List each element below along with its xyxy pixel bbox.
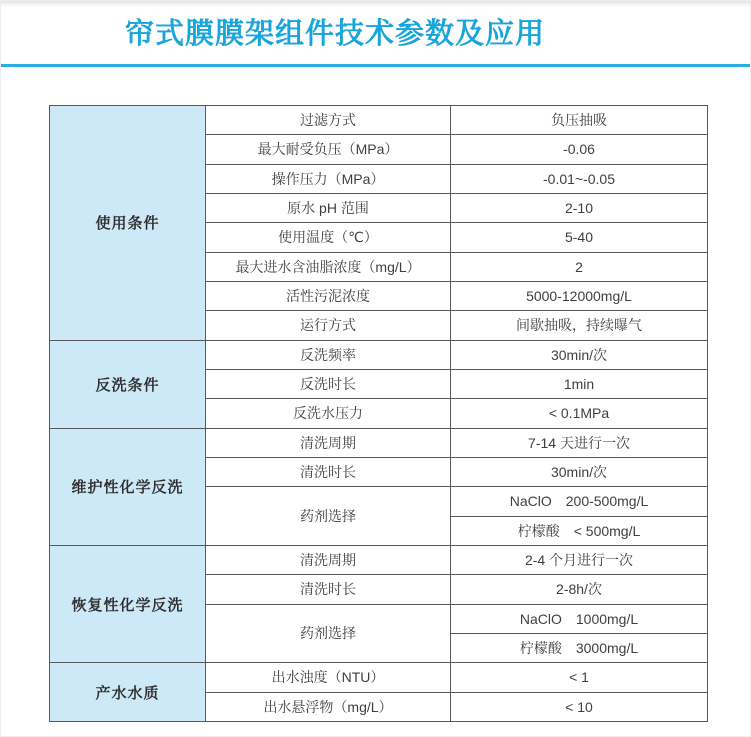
parameter-cell: 出水悬浮物（mg/L） (206, 692, 451, 721)
value-cell: NaClO 200-500mg/L (451, 487, 708, 516)
value-cell: 5-40 (451, 223, 708, 252)
value-cell: NaClO 1000mg/L (451, 604, 708, 633)
value-cell: 柠檬酸 < 500mg/L (451, 516, 708, 545)
title-underline (0, 64, 751, 67)
page-title: 帘式膜膜架组件技术参数及应用 (125, 17, 545, 51)
category-cell: 使用条件 (50, 106, 206, 341)
parameter-cell: 活性污泥浓度 (206, 281, 451, 310)
parameter-cell: 过滤方式 (206, 106, 451, 135)
value-cell: 30min/次 (451, 457, 708, 486)
value-cell: 2-10 (451, 193, 708, 222)
parameter-cell: 出水浊度（NTU） (206, 663, 451, 692)
category-cell: 恢复性化学反洗 (50, 545, 206, 662)
value-cell: 7-14 天进行一次 (451, 428, 708, 457)
value-cell: 5000-12000mg/L (451, 281, 708, 310)
parameter-cell: 运行方式 (206, 311, 451, 340)
value-cell: 负压抽吸 (451, 106, 708, 135)
parameter-cell: 清洗时长 (206, 575, 451, 604)
parameter-cell: 反洗频率 (206, 340, 451, 369)
value-cell: 间歇抽吸，持续曝气 (451, 311, 708, 340)
page-top-edge (0, 0, 751, 7)
parameter-cell: 清洗时长 (206, 457, 451, 486)
value-cell: -0.06 (451, 135, 708, 164)
table-row: 反洗条件反洗频率30min/次 (50, 340, 708, 369)
parameter-cell: 药剂选择 (206, 604, 451, 663)
value-cell: -0.01~-0.05 (451, 164, 708, 193)
parameter-cell: 最大耐受负压（MPa） (206, 135, 451, 164)
value-cell: 1min (451, 369, 708, 398)
parameter-cell: 反洗时长 (206, 369, 451, 398)
category-cell: 产水水质 (50, 663, 206, 722)
value-cell: 30min/次 (451, 340, 708, 369)
table-row: 维护性化学反洗清洗周期7-14 天进行一次 (50, 428, 708, 457)
parameter-cell: 药剂选择 (206, 487, 451, 546)
value-cell: 2-4 个月进行一次 (451, 545, 708, 574)
value-cell: < 0.1MPa (451, 399, 708, 428)
category-cell: 反洗条件 (50, 340, 206, 428)
table-row: 使用条件过滤方式负压抽吸 (50, 106, 708, 135)
parameter-cell: 清洗周期 (206, 545, 451, 574)
parameter-cell: 清洗周期 (206, 428, 451, 457)
category-cell: 维护性化学反洗 (50, 428, 206, 545)
value-cell: < 1 (451, 663, 708, 692)
parameter-cell: 最大进水含油脂浓度（mg/L） (206, 252, 451, 281)
table-row: 产水水质出水浊度（NTU）< 1 (50, 663, 708, 692)
table-row: 恢复性化学反洗清洗周期2-4 个月进行一次 (50, 545, 708, 574)
value-cell: 柠檬酸 3000mg/L (451, 633, 708, 662)
parameter-cell: 原水 pH 范围 (206, 193, 451, 222)
parameter-cell: 反洗水压力 (206, 399, 451, 428)
parameters-table: 使用条件过滤方式负压抽吸最大耐受负压（MPa）-0.06操作压力（MPa）-0.… (49, 105, 708, 722)
value-cell: 2-8h/次 (451, 575, 708, 604)
value-cell: < 10 (451, 692, 708, 721)
parameter-cell: 使用温度（℃） (206, 223, 451, 252)
value-cell: 2 (451, 252, 708, 281)
parameter-cell: 操作压力（MPa） (206, 164, 451, 193)
